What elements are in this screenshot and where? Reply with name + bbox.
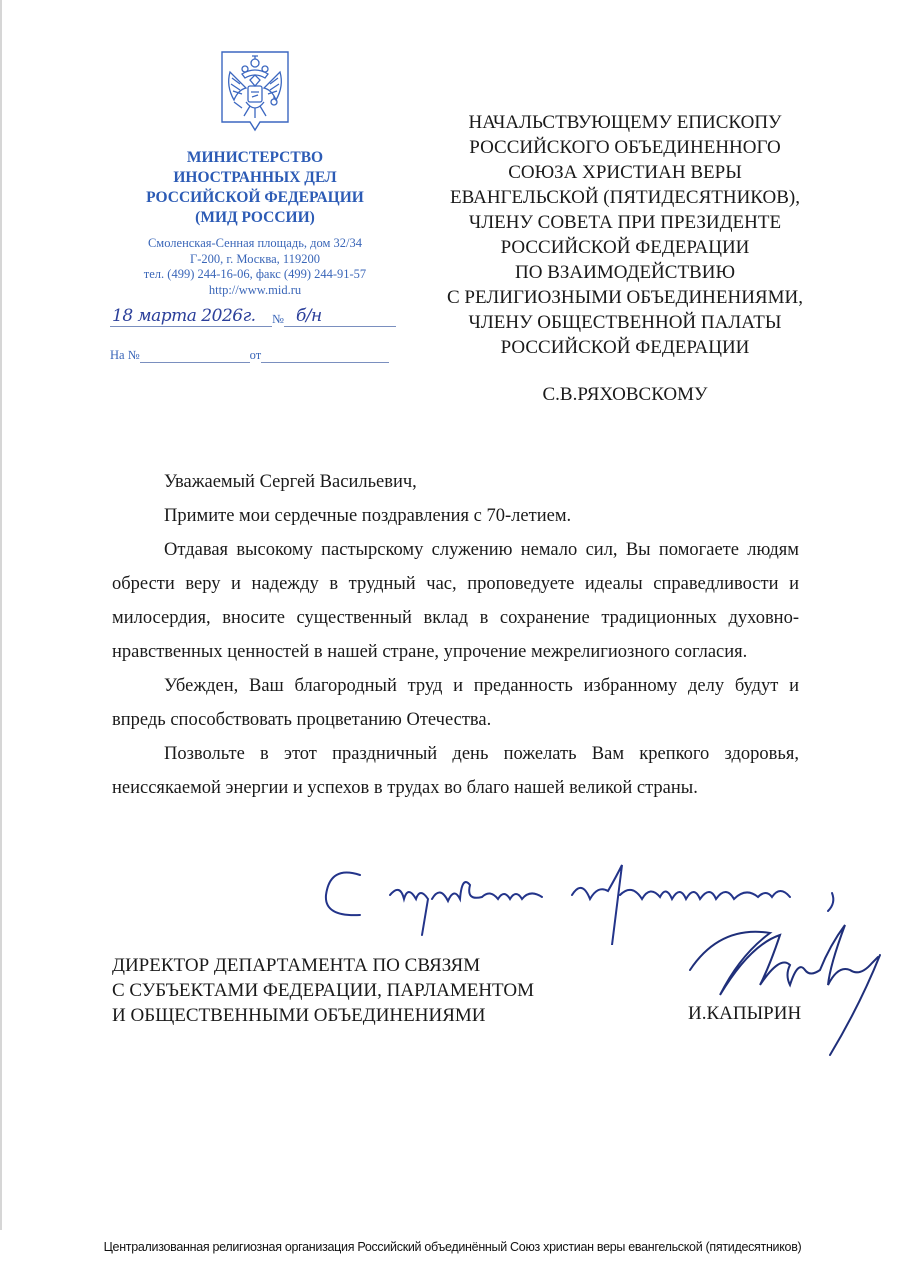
signature-icon [680, 915, 900, 1065]
reply-reference-line: На №от [110, 348, 400, 363]
reply-number-field [140, 348, 250, 363]
addressee-line: ПО ВЗАИМОДЕЙСТВИЮ [415, 260, 835, 285]
addressee-line: СОЮЗА ХРИСТИАН ВЕРЫ [415, 160, 835, 185]
addressee-line: ЕВАНГЕЛЬСКОЙ (ПЯТИДЕСЯТНИКОВ), [415, 185, 835, 210]
signer-title-line: С СУБЪЕКТАМИ ФЕДЕРАЦИИ, ПАРЛАМЕНТОМ [112, 978, 534, 1003]
ministry-line: РОССИЙСКОЙ ФЕДЕРАЦИИ [100, 188, 410, 208]
addressee-line: НАЧАЛЬСТВУЮЩЕМУ ЕПИСКОПУ [415, 110, 835, 135]
reply-label: На № [110, 348, 140, 362]
address-line: Смоленская-Сенная площадь, дом 32/34 [100, 236, 410, 252]
ministry-line: МИНИСТЕРСТВО [100, 148, 410, 168]
number-field: б/н [284, 312, 396, 327]
addressee-line: ЧЛЕНУ СОВЕТА ПРИ ПРЕЗИДЕНТЕ [415, 210, 835, 235]
from-label: от [250, 348, 262, 362]
scan-edge [0, 0, 2, 1230]
date-field: 18 марта 2026г. [110, 312, 272, 327]
address-line: Г-200, г. Москва, 119200 [100, 252, 410, 268]
body-paragraph: Убежден, Ваш благородный труд и преданно… [112, 669, 799, 737]
addressee-line: ЧЛЕНУ ОБЩЕСТВЕННОЙ ПАЛАТЫ [415, 310, 835, 335]
footer-caption: Централизованная религиозная организация… [0, 1240, 905, 1254]
body-paragraph: Позвольте в этот праздничный день пожела… [112, 737, 799, 805]
signer-title: ДИРЕКТОР ДЕПАРТАМЕНТА ПО СВЯЗЯМ С СУБЪЕК… [112, 953, 534, 1028]
body-paragraph: Примите мои сердечные поздравления с 70-… [112, 499, 799, 533]
handwritten-date: 18 марта 2026г. [112, 306, 256, 326]
addressee-line: РОССИЙСКОЙ ФЕДЕРАЦИИ [415, 235, 835, 260]
addressee-line: РОССИЙСКОЙ ФЕДЕРАЦИИ [415, 335, 835, 360]
signer-title-line: ДИРЕКТОР ДЕПАРТАМЕНТА ПО СВЯЗЯМ [112, 953, 534, 978]
body-paragraph: Отдавая высокому пастырскому служению не… [112, 533, 799, 669]
number-label: № [272, 312, 284, 326]
letter-body: Уважаемый Сергей Васильевич, Примите мои… [112, 465, 799, 805]
signer-title-line: И ОБЩЕСТВЕННЫМИ ОБЪЕДИНЕНИЯМИ [112, 1003, 534, 1028]
greeting: Уважаемый Сергей Васильевич, [112, 465, 799, 499]
signer-name: И.КАПЫРИН [688, 1003, 801, 1025]
ministry-address: Смоленская-Сенная площадь, дом 32/34 Г-2… [100, 236, 410, 298]
ministry-line: ИНОСТРАННЫХ ДЕЛ [100, 168, 410, 188]
address-line: тел. (499) 244-16-06, факс (499) 244-91-… [100, 267, 410, 283]
ministry-line: (МИД РОССИИ) [100, 208, 410, 228]
addressee-line: РОССИЙСКОГО ОБЪЕДИНЕННОГО [415, 135, 835, 160]
russian-coat-of-arms-icon [220, 50, 290, 142]
addressee-line: С РЕЛИГИОЗНЫМИ ОБЪЕДИНЕНИЯМИ, [415, 285, 835, 310]
registration-line: 18 марта 2026г. № б/н [110, 312, 400, 327]
addressee-name: С.В.РЯХОВСКОМУ [415, 382, 835, 407]
handwritten-number: б/н [296, 306, 322, 326]
ministry-name: МИНИСТЕРСТВО ИНОСТРАННЫХ ДЕЛ РОССИЙСКОЙ … [100, 148, 410, 228]
reply-date-field [261, 348, 389, 363]
website-link[interactable]: http://www.mid.ru [100, 283, 410, 299]
addressee-block: НАЧАЛЬСТВУЮЩЕМУ ЕПИСКОПУ РОССИЙСКОГО ОБЪ… [415, 110, 835, 407]
